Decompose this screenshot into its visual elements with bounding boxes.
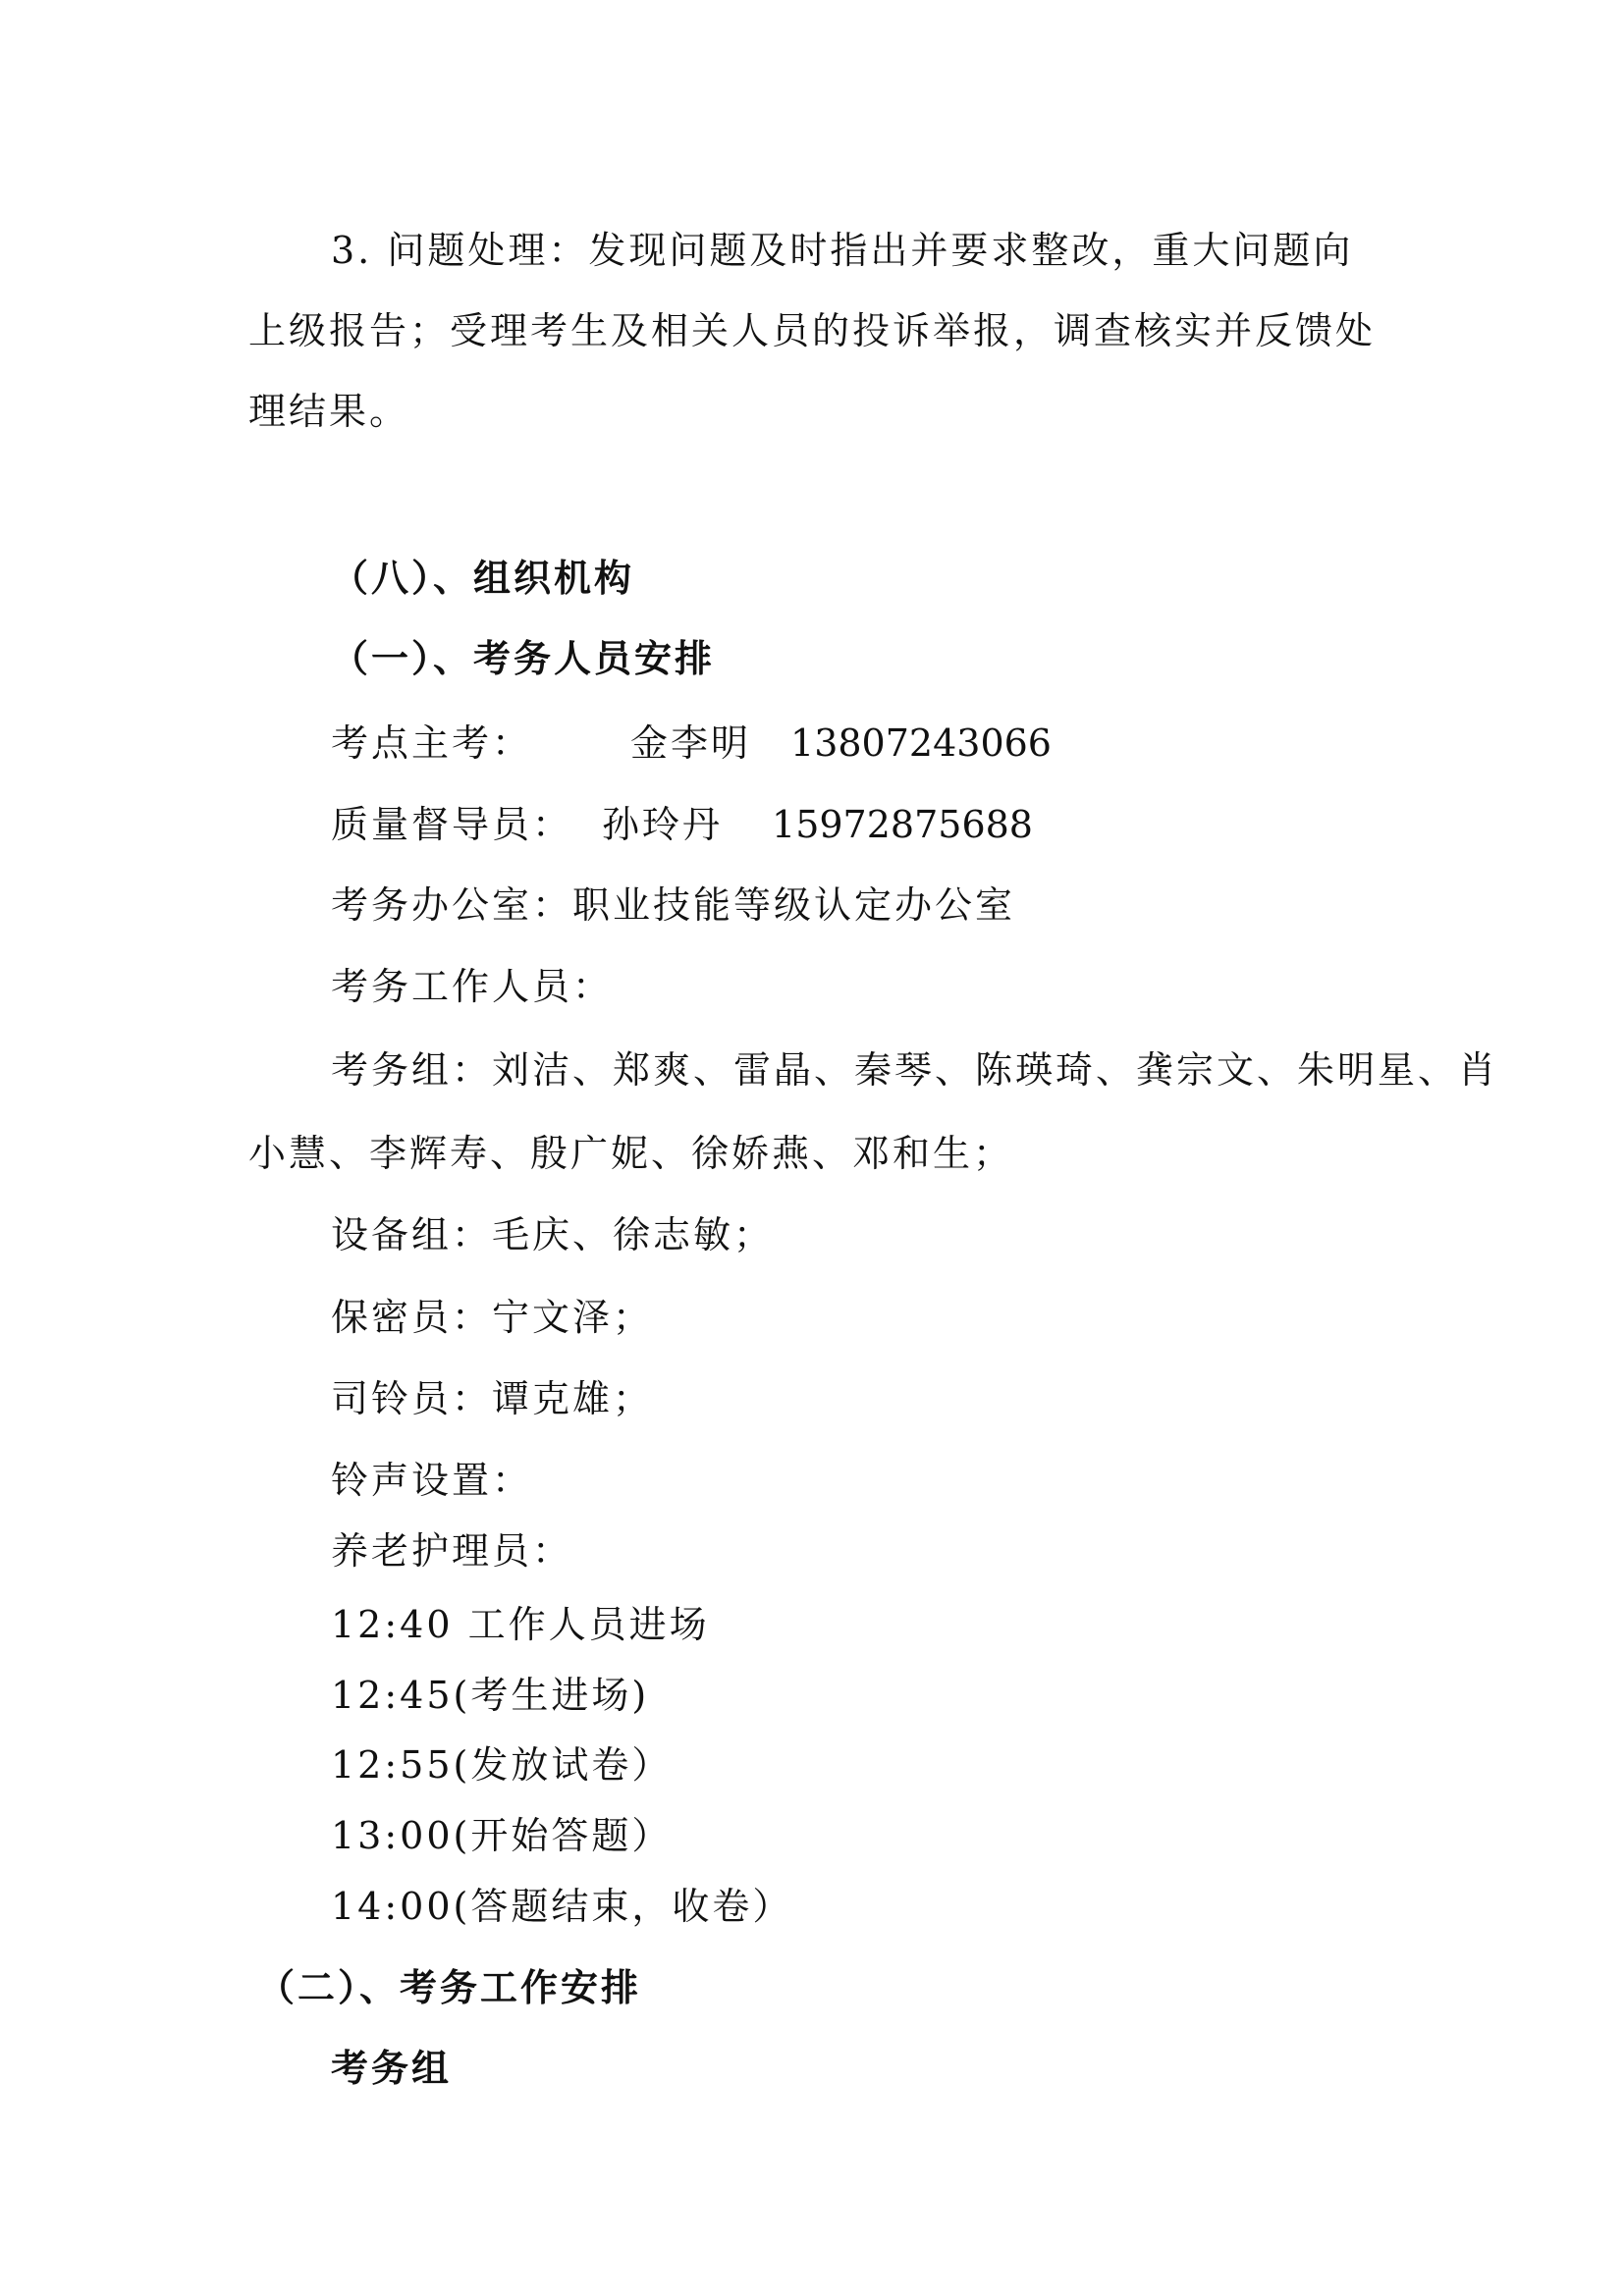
- elder-care-label: 养老护理员：: [331, 1532, 572, 1570]
- quality-supervisor-label: 质量督导员：: [331, 803, 572, 846]
- chief-examiner-name: 金李明: [630, 721, 751, 765]
- chief-examiner-label: 考点主考：: [331, 721, 532, 765]
- section-heading-staff-arrangement: （一）、考务人员安排: [331, 640, 715, 677]
- confidential-officer: 保密员：宁文泽；: [331, 1299, 653, 1336]
- quality-supervisor-row: 质量督导员：孙玲丹15972875688: [331, 806, 1033, 843]
- bell-ringer: 司铃员：谭克雄；: [331, 1380, 653, 1417]
- schedule-item: 13:00(开始答题）: [331, 1817, 672, 1854]
- chief-examiner-phone: 13807243066: [790, 721, 1052, 765]
- paragraph-problem-handling-line1: 3. 问题处理：发现问题及时指出并要求整改，重大问题向: [331, 232, 1353, 269]
- schedule-item: 12:40 工作人员进场: [331, 1606, 710, 1643]
- schedule-item: 12:55(发放试卷）: [331, 1746, 672, 1784]
- section-heading-organization: （八）、组织机构: [331, 560, 634, 597]
- quality-supervisor-phone: 15972875688: [772, 803, 1033, 846]
- chief-examiner-row: 考点主考：金李明13807243066: [331, 724, 1052, 762]
- staff-label: 考务工作人员：: [331, 968, 613, 1005]
- section-heading-work-arrangement: （二）、考务工作安排: [257, 1969, 641, 2006]
- quality-supervisor-name: 孙玲丹: [602, 803, 723, 846]
- equipment-group: 设备组：毛庆、徐志敏；: [331, 1216, 774, 1254]
- exam-group-line2: 小慧、李辉寿、殷广妮、徐娇燕、邓和生；: [248, 1135, 1013, 1172]
- exam-office: 考务办公室：职业技能等级认定办公室: [331, 886, 1015, 924]
- bell-settings-label: 铃声设置：: [331, 1462, 532, 1499]
- schedule-item: 12:45(考生进场): [331, 1677, 649, 1714]
- paragraph-problem-handling-line2: 上级报告；受理考生及相关人员的投诉举报，调查核实并反馈处: [248, 312, 1376, 349]
- paragraph-problem-handling-line3: 理结果。: [248, 393, 409, 430]
- exam-group-line1: 考务组：刘洁、郑爽、雷晶、秦琴、陈瑛琦、龚宗文、朱明星、肖: [331, 1051, 1498, 1089]
- schedule-item: 14:00(答题结束，收卷）: [331, 1888, 792, 1925]
- subheading-exam-group: 考务组: [331, 2050, 452, 2087]
